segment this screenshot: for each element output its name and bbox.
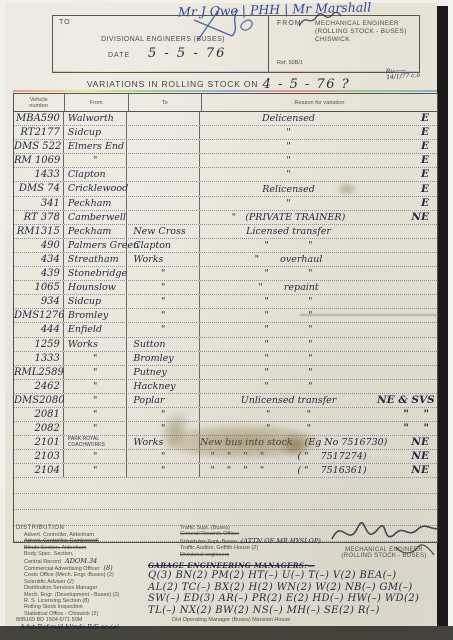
distribution-item-text: Divisional engineers (180, 552, 229, 558)
cell-to: " (127, 281, 200, 294)
cell-from: Hounslow (64, 281, 127, 294)
date-value-handwritten: 5 - 5 - 76 (148, 46, 226, 61)
reason-text: " " (200, 323, 377, 336)
cell-from: Streatham (64, 253, 127, 266)
header-vehicle-number: Vehicle number (14, 94, 65, 111)
cell-from: Peckham (64, 197, 127, 210)
cell-vehicle: 2104 (14, 464, 64, 477)
cell-to (127, 197, 200, 210)
pencil-streak (300, 314, 438, 316)
cell-vehicle: DMS 522 (14, 140, 64, 153)
from-line: (ROLLING STOCK - BUSES) (315, 28, 407, 36)
cell-to (127, 168, 200, 181)
distribution-item-text: Rolling Stock Inspection (24, 604, 83, 610)
reason-text: " overhaul (200, 253, 377, 266)
reason-text: " " (200, 366, 377, 379)
cell-to: Clapton (127, 239, 200, 252)
reason-text: " " (200, 352, 377, 365)
cell-to (127, 126, 200, 139)
cell-to (127, 154, 200, 167)
cell-to: " (127, 309, 200, 322)
cell-reason: " " (200, 239, 437, 252)
table-row: RT2177Sidcup"E (14, 126, 437, 140)
distribution-item: Advt Ref m/d blinds R/S co (a) (16, 624, 166, 631)
cell-vehicle: RT2177 (14, 126, 64, 139)
cell-from: Sidcup (64, 126, 127, 139)
cell-reason: "E (200, 126, 437, 139)
table-row: RML2589"Putney" " (14, 366, 437, 380)
cell-to: " (127, 267, 200, 280)
status-mark: " " (377, 422, 437, 435)
table-row: 439Stonebridge"" " (14, 267, 437, 281)
cell-vehicle: 2462 (14, 380, 64, 393)
reason-text: " (200, 197, 377, 210)
cell-reason: " " (200, 309, 437, 322)
cell-to (127, 211, 200, 224)
reason-text: " " (200, 239, 377, 252)
from-line: CHISWICK (315, 36, 407, 44)
reason-text: Delicensed (200, 112, 377, 125)
distribution-item-text: R. S. Licensing Section (8) (24, 598, 89, 604)
date-label: DATE (108, 52, 130, 59)
cell-from: " (64, 464, 127, 477)
table-row: 2104""" " " " ( " 7516361)NE (14, 464, 437, 478)
table-row: RT 378Camberwell" (PRIVATE TRAINER)NE (14, 211, 437, 225)
cell-reason: " " (200, 338, 437, 351)
table-row-empty (14, 478, 437, 494)
distribution-item: Commercial Advertising Officer(8) (16, 565, 166, 572)
title-margin-note: Ru—— 14/1/77 c.o (386, 67, 421, 81)
table-row: 934Sidcup"" " (14, 295, 437, 309)
status-mark: " " (377, 408, 437, 421)
table-header-row: Vehicle number From To Reason for variat… (14, 94, 437, 112)
cell-from: " (64, 450, 127, 463)
to-recipient: DIVISIONAL ENGINEERS (BUSES) (63, 36, 263, 43)
table-row: 1433Clapton"E (14, 168, 437, 182)
cell-from: Palmers Green (64, 239, 127, 252)
cell-to: Sutton (127, 338, 200, 351)
handwritten-note: (ATTN OF MR HYSLOP) (241, 537, 321, 545)
cell-vehicle: RML2589 (14, 366, 64, 379)
cell-reason: " " (200, 295, 437, 308)
cell-vehicle: 1333 (14, 352, 64, 365)
signature-block: MECHANICAL ENGINEER (ROLLING STOCK - BUS… (330, 547, 438, 559)
cell-to (127, 182, 200, 195)
cell-vehicle: 444 (14, 323, 64, 336)
cell-vehicle: 934 (14, 295, 64, 308)
reason-text: " " " " ( " 7516361) (200, 464, 377, 477)
cell-vehicle: 2081 (14, 408, 64, 421)
header-to: To (129, 94, 202, 111)
status-mark: E (377, 154, 437, 167)
cell-from: Bromley (64, 309, 127, 322)
cell-reason: RelicensedE (200, 182, 437, 195)
table-row: RM1315PeckhamNew CrossLicensed transfer (14, 225, 437, 239)
cell-reason: " "" " (200, 408, 437, 421)
status-mark: E (377, 112, 437, 125)
cell-from: PARK ROYAL COACHWORKS (64, 436, 127, 449)
table-body: MBA590WalworthDelicensedERT2177Sidcup"ED… (14, 112, 437, 542)
cell-vehicle: RT 378 (14, 211, 64, 224)
cell-from: " (64, 408, 127, 421)
distribution-item-text: Schedules Supt. Buses (180, 539, 237, 545)
cell-reason: "E (200, 154, 437, 167)
status-mark: E (377, 168, 437, 181)
table-row: 444Enfield"" " (14, 323, 437, 337)
garage-code-line: Q(3) BN(2) PM(2) HT(–) U(–) T(–) V(2) BE… (148, 570, 440, 582)
table-row: MBA590WalworthDelicensedE (14, 112, 437, 126)
cell-to (127, 112, 200, 125)
cell-reason: " " (200, 352, 437, 365)
cell-to: Works (127, 253, 200, 266)
status-mark: NE & SVS (377, 394, 437, 407)
distribution-item-text: Advert. Controller, Aldenham (24, 532, 94, 538)
cell-reason: "E (200, 140, 437, 153)
cell-from: Clapton (64, 168, 127, 181)
cell-reason: Licensed transfer (200, 225, 437, 238)
status-mark: NE (387, 436, 437, 449)
cell-vehicle: 2103 (14, 450, 64, 463)
cell-from: " (64, 366, 127, 379)
from-line: MECHANICAL ENGINEER (315, 20, 407, 28)
cell-vehicle: RM 1069 (14, 154, 64, 167)
cell-reason: " " (200, 323, 437, 336)
status-mark: E (377, 183, 437, 196)
divl-operating-manager-line: Divl Operating Manager (Buses) Mansion H… (172, 617, 290, 623)
ref-number: Ref. 50B/1 (277, 60, 303, 66)
table-row: DMS1276Bromley"" " (14, 309, 437, 323)
distribution-item-text: Costs Office (Mech. Engr.-Buses) (2) (24, 572, 114, 578)
cell-from: Walworth (64, 112, 127, 125)
signatory-title-line2: (ROLLING STOCK - BUSES) (330, 553, 438, 559)
cell-vehicle: DMS1276 (14, 309, 64, 322)
distribution-item: Central RecordADOM.34 (16, 558, 166, 565)
reason-text: " (200, 154, 377, 167)
cell-vehicle: DMS2080 (14, 394, 64, 407)
distribution-item-text: Mech. Engr. (Development - Buses) (2) (24, 592, 119, 598)
distribution-item-text: Statistical Office - Chiswick (2) (24, 611, 98, 617)
distribution-item-text: Central Record (24, 559, 61, 565)
cell-vehicle: 1259 (14, 338, 64, 351)
cell-from: " (64, 154, 127, 167)
reason-text: " " (200, 295, 377, 308)
title-date-handwritten: 4 - 5 - 76 ? (263, 77, 351, 92)
document-title: VARIATIONS IN ROLLING STOCK ON (87, 79, 258, 89)
scanned-document: Mr J Gwe | PHH | Mr Marshall TO DIVISION… (0, 0, 453, 640)
cell-to: Poplar (127, 394, 200, 407)
reason-text: " " (200, 309, 377, 322)
cell-vehicle: 1433 (14, 168, 64, 181)
distribution-item-text: Traffic Auditor, Griffith House (2) (180, 545, 258, 551)
table-row: 2462"Hackney" " (14, 380, 437, 394)
routing-box: TO DIVISIONAL ENGINEERS (BUSES) DATE 5 -… (52, 15, 420, 73)
cell-reason: DelicensedE (200, 112, 437, 125)
reason-text: " (200, 168, 377, 181)
garage-code-line: SW(–) ED(3) AR(–) PR(2) E(2) HD(–) HW(–)… (148, 593, 440, 605)
handwritten-note: (8) (103, 564, 112, 572)
cell-to: Bromley (127, 352, 200, 365)
cell-to (127, 140, 200, 153)
scan-edge-white (448, 0, 453, 640)
reason-text: " (200, 126, 377, 139)
cell-vehicle: 2101 (14, 436, 64, 449)
garage-managers-block: GARAGE ENGINEERING MANAGERS:— Q(3) BN(2)… (148, 561, 440, 616)
cell-reason: " repaint (200, 281, 437, 294)
handwritten-note: ADOM.34 (65, 557, 97, 565)
cell-from: Works (64, 338, 127, 351)
table-row: 341Peckham"E (14, 197, 437, 211)
distribution-item-text: Advt Ref m/d blinds R/S co (a) (20, 623, 119, 631)
cell-reason: " " (200, 366, 437, 379)
distribution-left-column: DISTRIBUTION Advert. Controller, Aldenha… (16, 525, 166, 631)
status-mark: NE (377, 211, 437, 224)
header-reason: Reason for variation (202, 94, 437, 111)
cell-from: Enfield (64, 323, 127, 336)
status-mark: NE (377, 464, 437, 477)
distribution-item-text: Distribution Services Manager (24, 585, 97, 591)
reason-text: Unlicensed transfer (200, 394, 377, 407)
distribution-item-text: Traffic Supt. (Buses) (180, 525, 230, 531)
reason-text: " " (200, 380, 377, 393)
cell-to: Hackney (127, 380, 200, 393)
cell-from: Camberwell (64, 211, 127, 224)
cell-vehicle: DMS 74 (14, 182, 64, 195)
cell-to: " (127, 295, 200, 308)
distribution-item-text: Scientific Adviser (2) (24, 579, 74, 585)
reason-text: " " (200, 267, 377, 280)
distribution-left-list: Advert. Controller, AldenhamAdvert. Cont… (16, 532, 166, 631)
cell-to: Putney (127, 366, 200, 379)
cell-from: " (64, 422, 127, 435)
reason-text: " repaint (200, 281, 377, 294)
cell-reason: "E (200, 197, 437, 210)
cell-reason: " (PRIVATE TRAINER)NE (200, 211, 437, 224)
table-row: DMS2080"PoplarUnlicensed transferNE & SV… (14, 394, 437, 408)
cell-from: Stonebridge (64, 267, 127, 280)
garage-managers-heading: GARAGE ENGINEERING MANAGERS:— (148, 561, 440, 570)
cell-vehicle: 341 (14, 197, 64, 210)
distribution-item-text: Advert. Controller, Camberwell (24, 538, 99, 544)
garage-code-line: AL(2) TC(–) BX(2) H(2) WN(2) W(2) NB(–) … (148, 582, 440, 594)
cell-to: " (127, 464, 200, 477)
garage-code-lines: Q(3) BN(2) PM(2) HT(–) U(–) T(–) V(2) BE… (148, 570, 440, 616)
cell-vehicle: 2082 (14, 422, 64, 435)
status-mark: E (377, 126, 437, 139)
cell-from: Cricklewood (64, 182, 127, 195)
cell-reason: " overhaul (200, 253, 437, 266)
reason-text: " " (200, 338, 377, 351)
reason-text: " (PRIVATE TRAINER) (200, 211, 377, 224)
from-sender: MECHANICAL ENGINEER (ROLLING STOCK - BUS… (315, 20, 407, 44)
cell-from: Elmers End (64, 140, 127, 153)
cell-from: " (64, 394, 127, 407)
cell-reason: " " (200, 267, 437, 280)
table-row: 2081""" "" " (14, 408, 437, 422)
cell-vehicle: MBA590 (14, 112, 64, 125)
cell-vehicle: 434 (14, 253, 64, 266)
cell-from: " (64, 380, 127, 393)
table-row: DMS 522Elmers End"E (14, 140, 437, 154)
reason-text: " " (200, 408, 377, 421)
cell-to: " (127, 323, 200, 336)
reason-text: " (200, 140, 377, 153)
document-title-row: VARIATIONS IN ROLLING STOCK ON 4 - 5 - 7… (0, 74, 437, 92)
cell-vehicle: 490 (14, 239, 64, 252)
table-row: 1065Hounslow"" repaint (14, 281, 437, 295)
distribution-item-text: General Records Officer (180, 531, 239, 537)
table-row: 1333"Bromley" " (14, 352, 437, 366)
distribution-item-text: Blinds Section, Aldenham (24, 545, 86, 551)
cell-reason: "E (200, 168, 437, 181)
table-row: 490Palmers GreenClapton" " (14, 239, 437, 253)
cell-from: Sidcup (64, 295, 127, 308)
box-divider (268, 16, 269, 72)
ink-stain (336, 182, 358, 196)
distribution-item-text: Commercial Advertising Officer (24, 566, 99, 572)
cell-from: " (64, 352, 127, 365)
cell-reason: " " (200, 380, 437, 393)
table-row: DMS 74CricklewoodRelicensedE (14, 182, 437, 196)
cell-reason: " " " " ( " 7516361)NE (200, 464, 437, 477)
table-row: RM 1069""E (14, 154, 437, 168)
cell-to: New Cross (127, 225, 200, 238)
cell-from: Peckham (64, 225, 127, 238)
status-mark: E (377, 197, 437, 210)
status-mark: E (377, 140, 437, 153)
cell-vehicle: 1065 (14, 281, 64, 294)
to-label: TO (59, 19, 71, 26)
cell-reason: Unlicensed transferNE & SVS (200, 394, 437, 407)
header-from: From (65, 94, 129, 111)
reason-text: Licensed transfer (200, 225, 377, 238)
cell-vehicle: RM1315 (14, 225, 64, 238)
variations-table: Vehicle number From To Reason for variat… (13, 93, 438, 543)
cell-vehicle: 439 (14, 267, 64, 280)
table-row: 1259WorksSutton" " (14, 338, 437, 352)
table-row: 434StreathamWorks" overhaul (14, 253, 437, 267)
distribution-heading: DISTRIBUTION (16, 525, 166, 531)
status-mark: NE (377, 450, 437, 463)
garage-code-line: TL(–) NX(2) BW(2) NS(–) MH(–) SE(2) R(–) (148, 605, 440, 617)
ink-stain (278, 432, 312, 458)
table-row-empty (14, 494, 437, 510)
